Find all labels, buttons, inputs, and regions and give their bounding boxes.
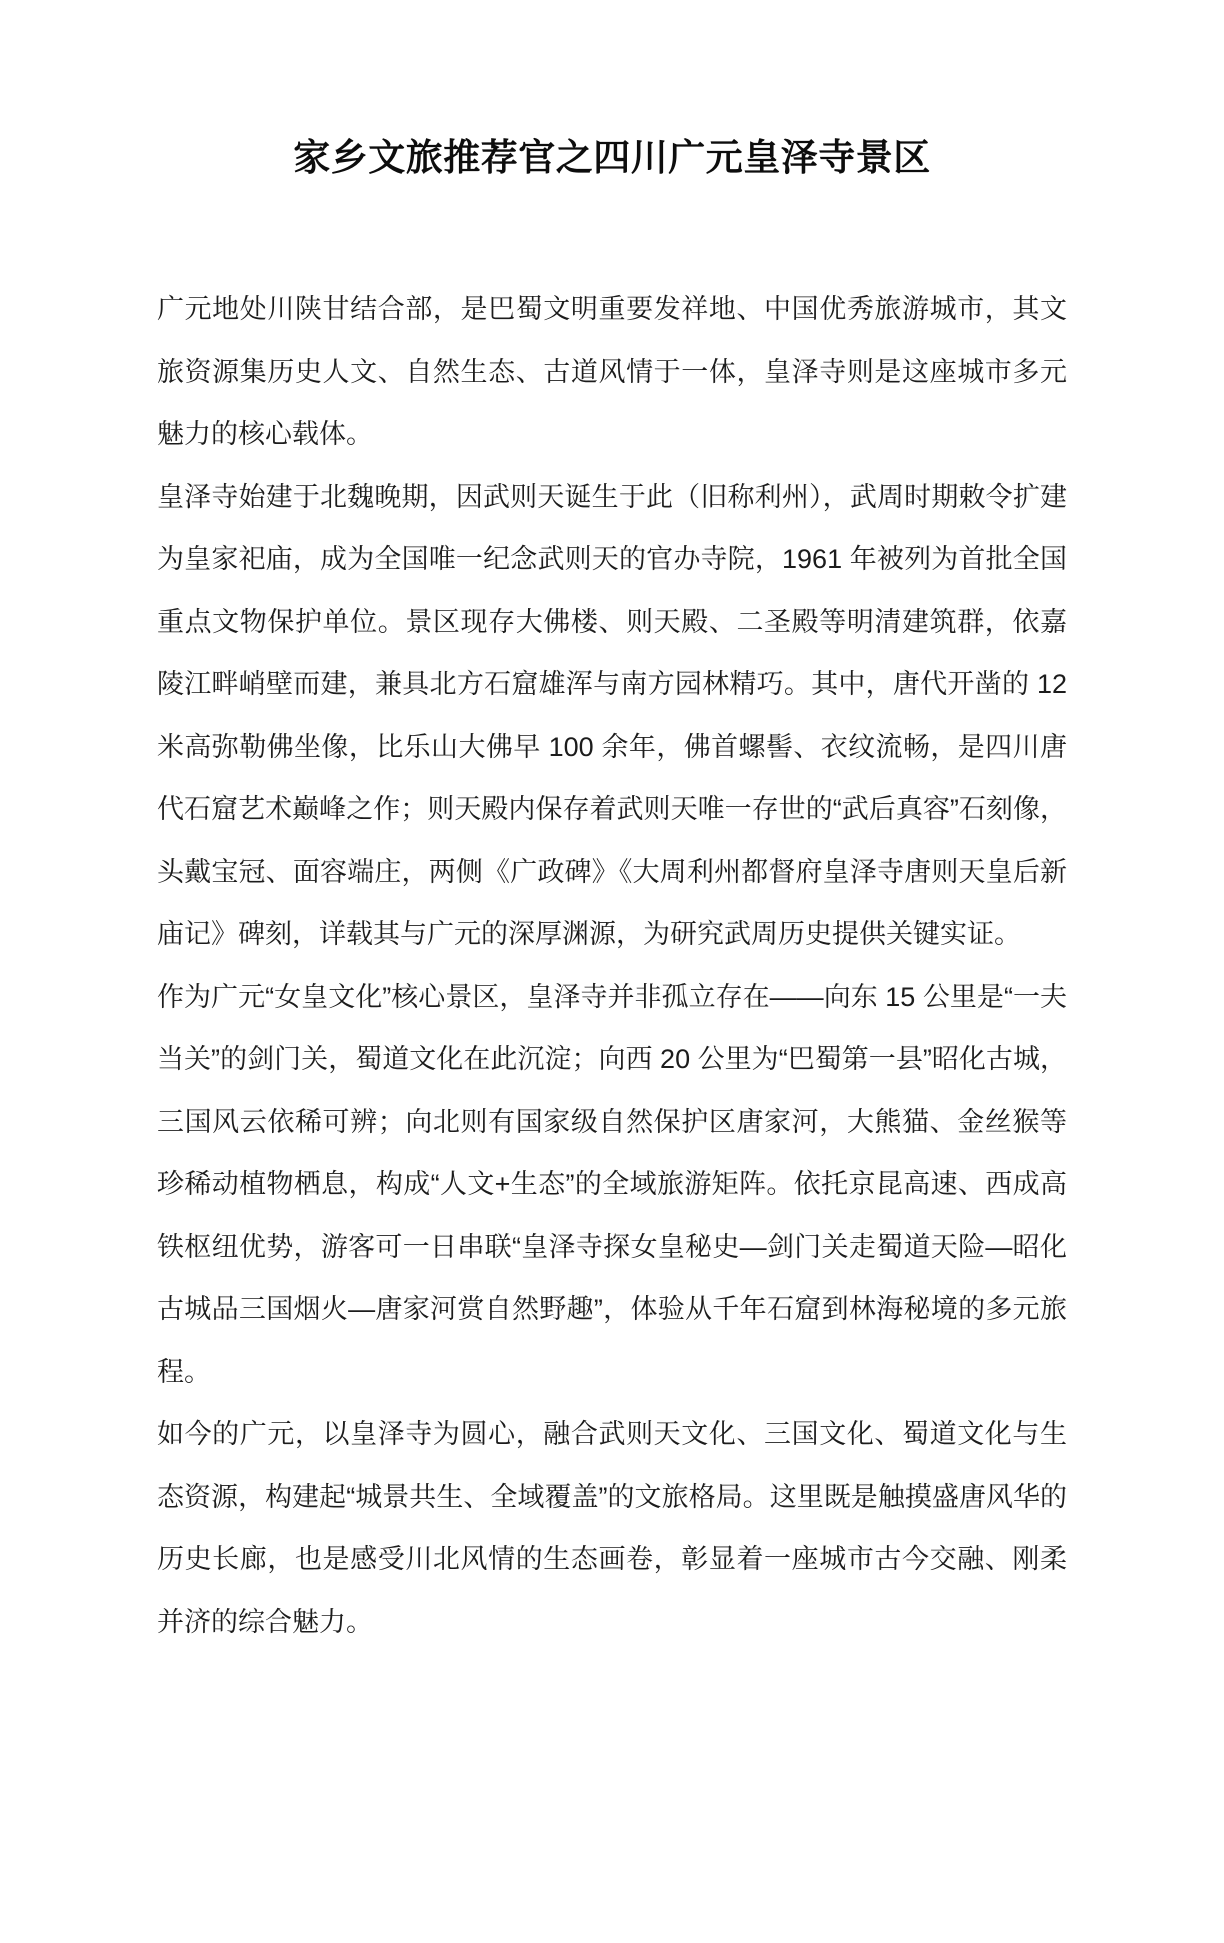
paragraph: 作为广元“女皇文化”核心景区，皇泽寺并非孤立存在——向东 15 公里是“一夫当关…	[157, 966, 1067, 1404]
document-page: 家乡文旅推荐官之四川广元皇泽寺景区 广元地处川陕甘结合部，是巴蜀文明重要发祥地、…	[0, 0, 1224, 1943]
document-content: 家乡文旅推荐官之四川广元皇泽寺景区 广元地处川陕甘结合部，是巴蜀文明重要发祥地、…	[0, 0, 1224, 1653]
paragraph: 广元地处川陕甘结合部，是巴蜀文明重要发祥地、中国优秀旅游城市，其文旅资源集历史人…	[157, 278, 1067, 466]
paragraph: 如今的广元，以皇泽寺为圆心，融合武则天文化、三国文化、蜀道文化与生态资源，构建起…	[157, 1403, 1067, 1653]
paragraph: 皇泽寺始建于北魏晚期，因武则天诞生于此（旧称利州），武周时期敕令扩建为皇家祀庙，…	[157, 466, 1067, 966]
document-body: 广元地处川陕甘结合部，是巴蜀文明重要发祥地、中国优秀旅游城市，其文旅资源集历史人…	[157, 278, 1067, 1653]
document-title: 家乡文旅推荐官之四川广元皇泽寺景区	[157, 132, 1067, 184]
